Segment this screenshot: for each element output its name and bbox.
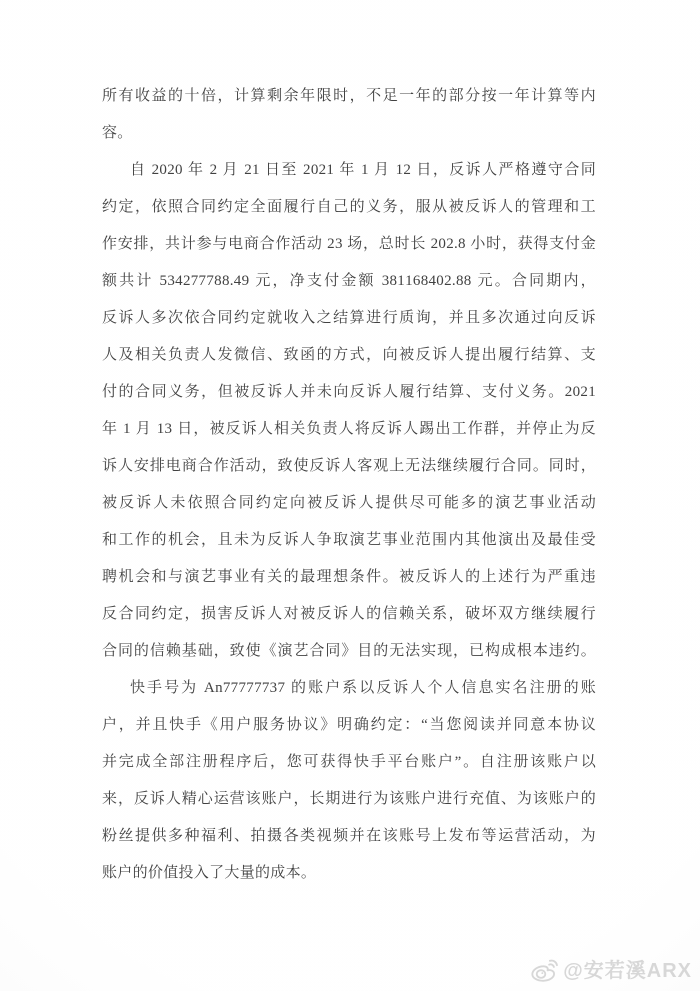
text-line: 并完成全部注册程序后，您可获得快手平台账户”。自注册该账户以 <box>102 744 596 781</box>
text-line: 所有收益的十倍，计算剩余年限时，不足一年的部分按一年计算等内 <box>102 78 596 115</box>
text-line: 容。 <box>102 115 596 152</box>
document-body: 所有收益的十倍，计算剩余年限时，不足一年的部分按一年计算等内容。自 2020 年… <box>102 78 596 892</box>
text-line: 诉人安排电商合作活动，致使反诉人客观上无法继续履行合同。同时， <box>102 448 596 485</box>
text-line: 反合同约定，损害反诉人对被反诉人的信赖关系，破坏双方继续履行 <box>102 596 596 633</box>
text-line: 合同的信赖基础，致使《演艺合同》目的无法实现，已构成根本违约。 <box>102 633 596 670</box>
text-line: 反诉人多次依合同约定就收入之结算进行质询，并且多次通过向反诉 <box>102 300 596 337</box>
text-line: 年 1 月 13 日，被反诉人相关负责人将反诉人踢出工作群，并停止为反 <box>102 411 596 448</box>
watermark: @安若溪ARX <box>530 958 692 983</box>
text-line: 额共计 534277788.49 元，净支付金额 381168402.88 元。… <box>102 263 596 300</box>
text-line: 人及相关负责人发微信、致函的方式，向被反诉人提出履行结算、支 <box>102 337 596 374</box>
text-line: 被反诉人未依照合同约定向被反诉人提供尽可能多的演艺事业活动 <box>102 485 596 522</box>
weibo-icon <box>530 958 558 983</box>
text-line: 约定，依照合同约定全面履行自己的义务，服从被反诉人的管理和工 <box>102 189 596 226</box>
text-line: 粉丝提供多种福利、拍摄各类视频并在该账号上发布等运营活动，为 <box>102 818 596 855</box>
text-line: 快手号为 An77777737 的账户系以反诉人个人信息实名注册的账 <box>102 670 596 707</box>
text-line: 自 2020 年 2 月 21 日至 2021 年 1 月 12 日，反诉人严格… <box>102 152 596 189</box>
text-line: 作安排，共计参与电商合作活动 23 场，总时长 202.8 小时，获得支付金 <box>102 226 596 263</box>
text-line: 账户的价值投入了大量的成本。 <box>102 855 596 892</box>
watermark-text: @安若溪ARX <box>563 961 692 981</box>
document-page: 所有收益的十倍，计算剩余年限时，不足一年的部分按一年计算等内容。自 2020 年… <box>0 0 700 991</box>
text-line: 户，并且快手《用户服务协议》明确约定：“当您阅读并同意本协议 <box>102 707 596 744</box>
text-line: 聘机会和与演艺事业有关的最理想条件。被反诉人的上述行为严重违 <box>102 559 596 596</box>
text-line: 付的合同义务，但被反诉人并未向反诉人履行结算、支付义务。2021 <box>102 374 596 411</box>
text-line: 来，反诉人精心运营该账户，长期进行为该账户进行充值、为该账户的 <box>102 781 596 818</box>
text-line: 和工作的机会，且未为反诉人争取演艺事业范围内其他演出及最佳受 <box>102 522 596 559</box>
